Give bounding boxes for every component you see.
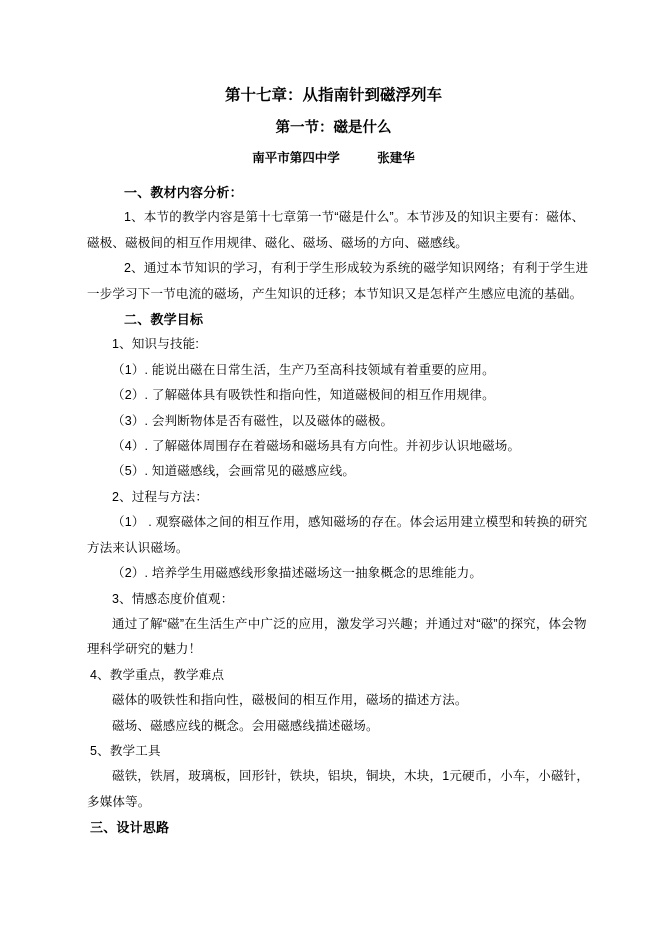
subhead-process-methods: 2、过程与方法：: [87, 485, 592, 510]
section-title: 第一节：磁是什么: [87, 119, 580, 138]
subhead-knowledge-skills: 1、知识与技能:: [87, 332, 592, 357]
para-emotion-values-detail: 通过了解“磁”在生活生产中广泛的应用，激发学习兴趣；并通过对“磁”的探究，体会物…: [87, 612, 592, 663]
subhead-emotion-values: 3、情感态度价值观：: [87, 587, 592, 612]
heading-material-analysis: 一、教材内容分析：: [87, 180, 592, 205]
para-teaching-content: 1、本节的教学内容是第十七章第一节“磁是什么”。本节涉及的知识主要有：磁体、磁极…: [87, 205, 592, 256]
item-knowledge-skill-4: （4）. 了解磁体周围存在着磁场和磁场具有方向性。并初步认识地磁场。: [87, 434, 592, 459]
author-line: 南平市第四中学 张建华: [87, 150, 580, 167]
item-knowledge-skill-2: （2）. 了解磁体具有吸铁性和指向性，知道磁极间的相互作用规律。: [87, 383, 592, 408]
item-process-method-1: （1） . 观察磁体之间的相互作用，感知磁场的存在。体会运用建立模型和转换的研究…: [87, 510, 592, 561]
subhead-key-difficult-points: 4、教学重点，教学难点: [87, 663, 592, 688]
para-difficult-points: 磁场、磁感应线的概念。会用磁感线描述磁场。: [87, 714, 592, 739]
chapter-title: 第十七章：从指南针到磁浮列车: [87, 86, 580, 106]
document-page: 第十七章：从指南针到磁浮列车 第一节：磁是什么 南平市第四中学 张建华 一、教材…: [0, 0, 661, 935]
item-knowledge-skill-5: （5）. 知道磁感线，会画常见的磁感应线。: [87, 459, 592, 484]
heading-design-ideas: 三、设计思路: [87, 815, 592, 840]
para-teaching-tools-list: 磁铁，铁屑，玻璃板，回形针，铁块，铝块，铜块，木块，1元硬币，小车，小磁针，多媒…: [87, 764, 592, 815]
para-knowledge-network: 2、通过本节知识的学习，有利于学生形成较为系统的磁学知识网络；有利于学生进一步学…: [87, 256, 592, 307]
para-key-points: 磁体的吸铁性和指向性，磁极间的相互作用，磁场的描述方法。: [87, 688, 592, 713]
item-process-method-2: （2）. 培养学生用磁感线形象描述磁场这一抽象概念的思维能力。: [87, 561, 592, 586]
subhead-teaching-tools: 5、教学工具: [87, 739, 592, 764]
heading-teaching-goals: 二、教学目标: [87, 307, 592, 332]
item-knowledge-skill-1: （1）. 能说出磁在日常生活，生产乃至高科技领域有着重要的应用。: [87, 358, 592, 383]
item-knowledge-skill-3: （3）. 会判断物体是否有磁性，以及磁体的磁极。: [87, 409, 592, 434]
